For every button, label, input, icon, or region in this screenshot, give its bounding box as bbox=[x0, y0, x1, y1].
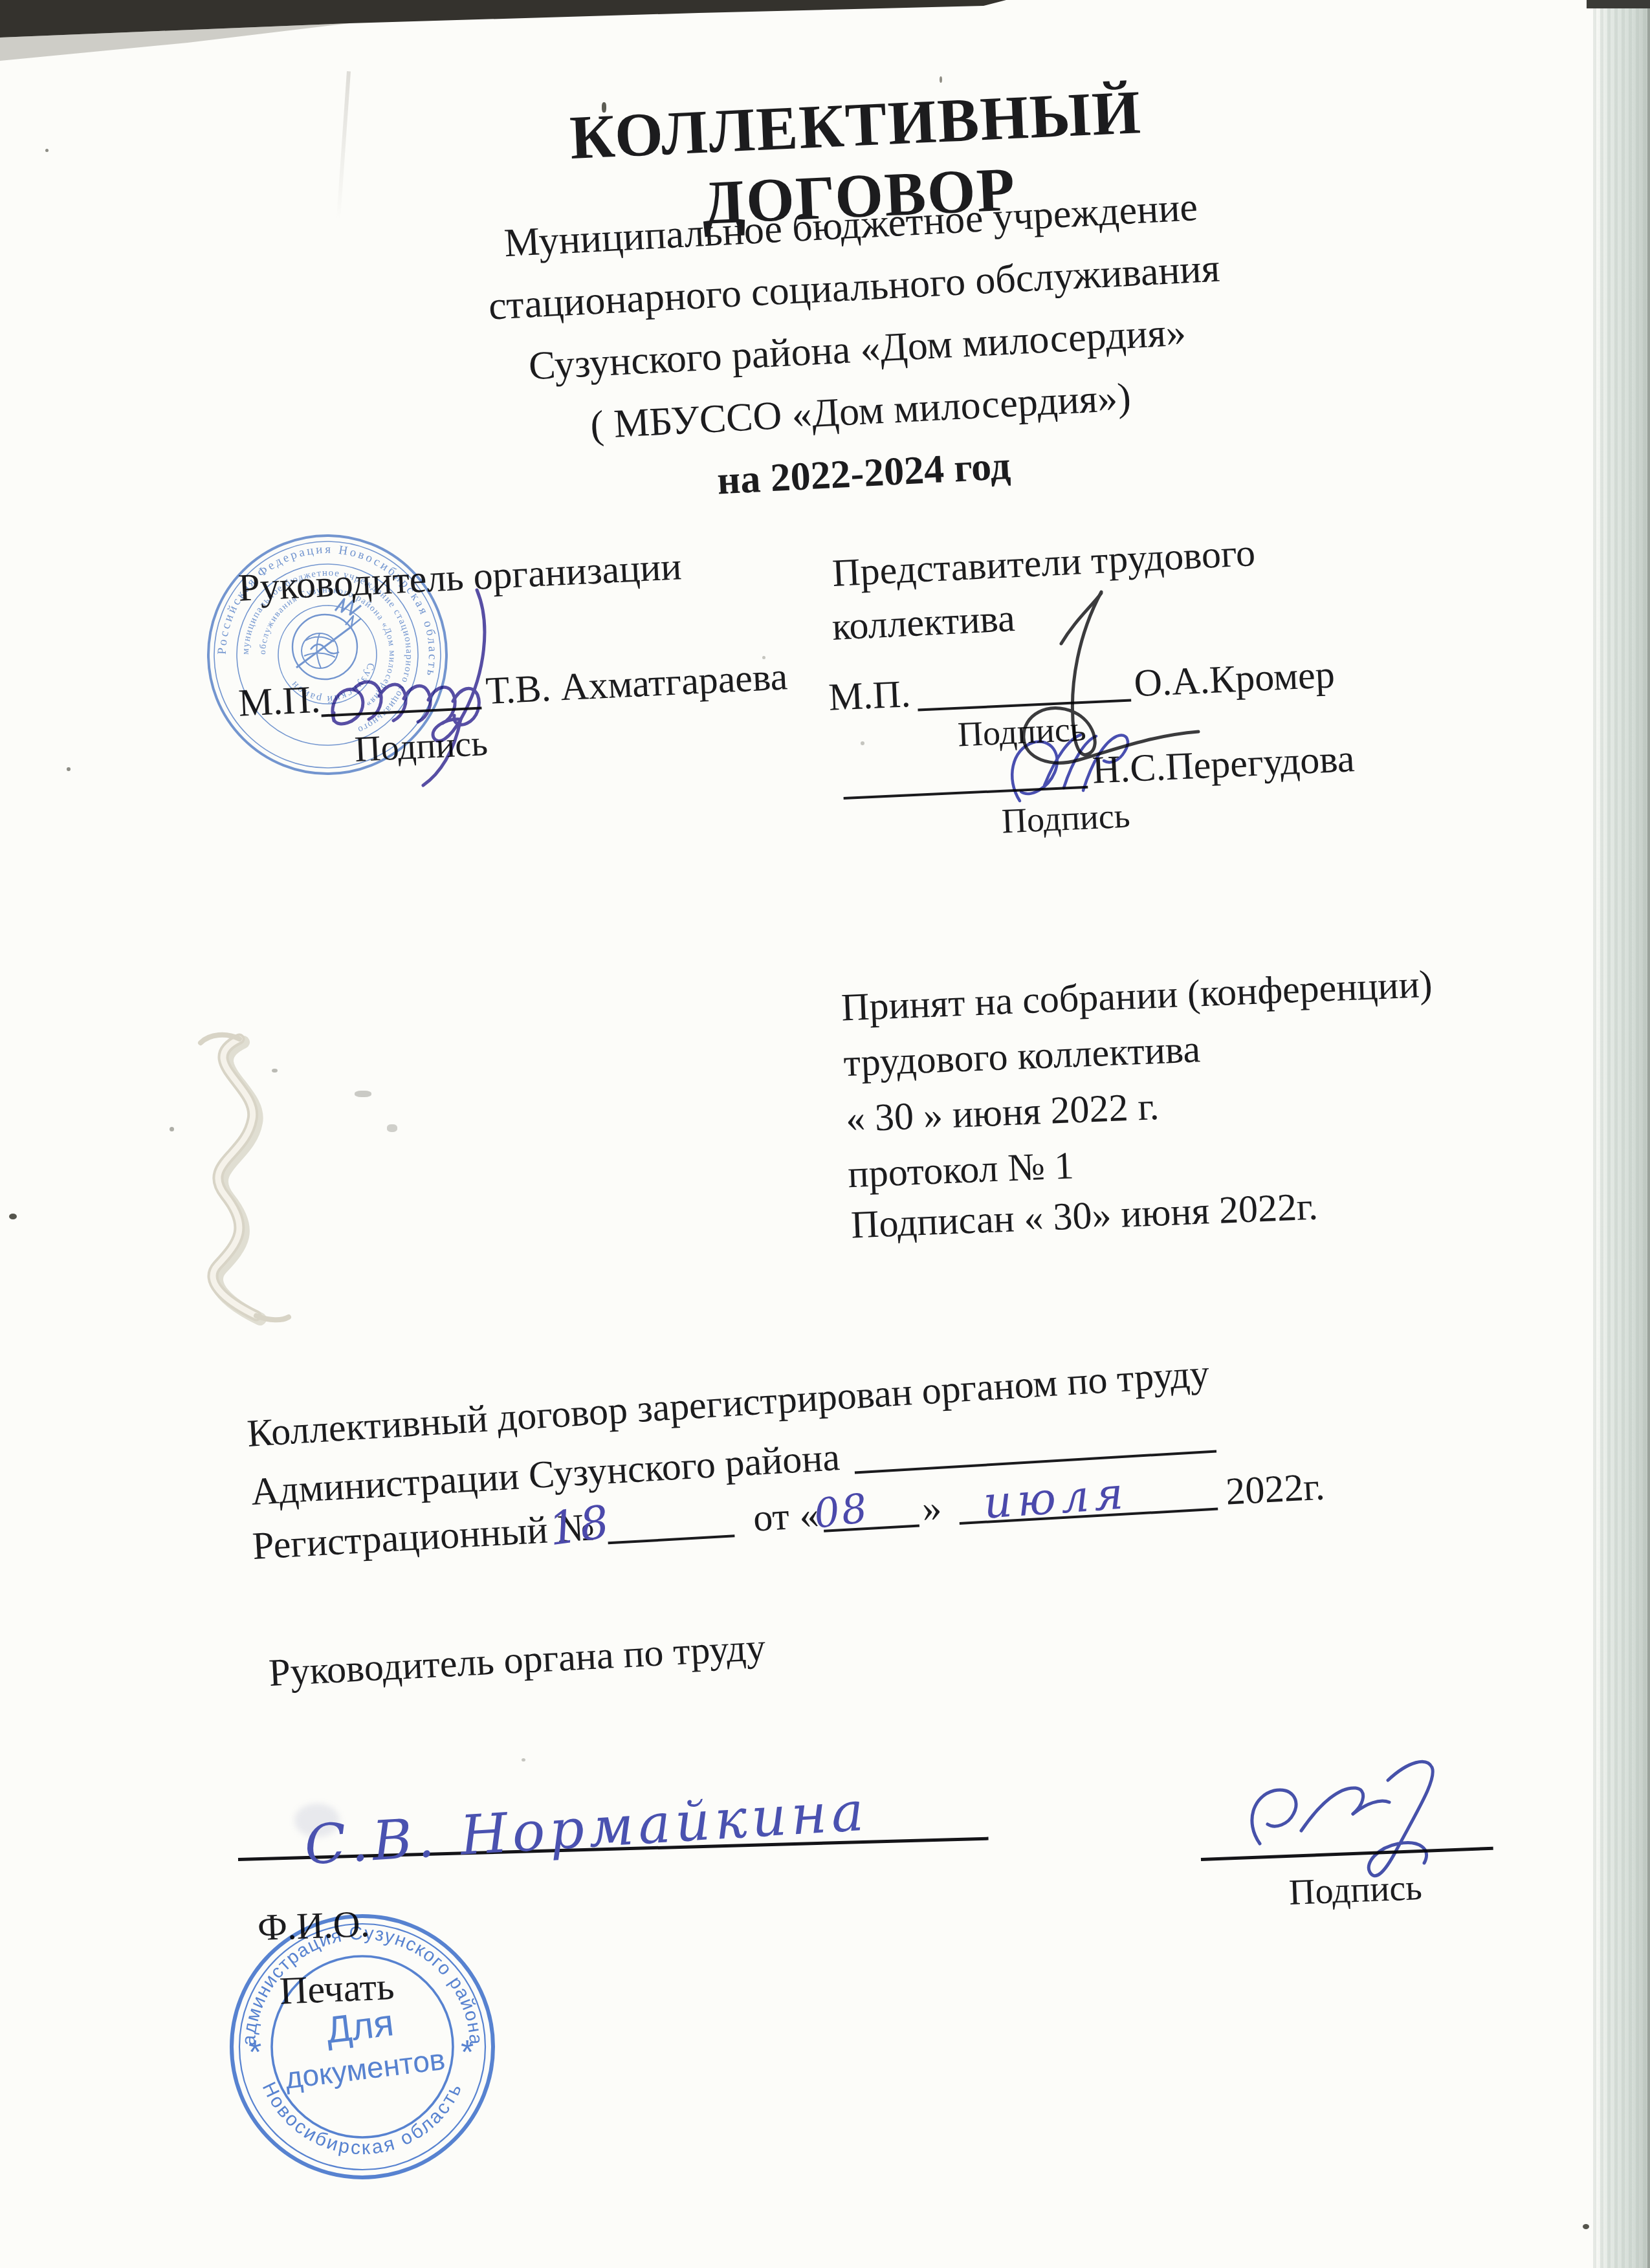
adoption-block: Принят на собрании (конференции) трудово… bbox=[840, 956, 1440, 1202]
authority-stamp: администрация Сузунского района Новосиби… bbox=[225, 1910, 500, 2184]
registration-from-word: от bbox=[752, 1495, 790, 1540]
scan-smear bbox=[336, 71, 351, 220]
handwritten-reg-number: 18 bbox=[545, 1496, 615, 1556]
binding-thread bbox=[155, 1029, 349, 1333]
labor-authority-role: Руководитель органа по труду bbox=[268, 1625, 767, 1696]
registration-blank-line bbox=[853, 1415, 1216, 1474]
registration-number-line bbox=[606, 1499, 735, 1544]
registration-number-label: Регистрационный № bbox=[251, 1506, 595, 1567]
quote-close: » bbox=[921, 1487, 943, 1531]
scan-top-edge-artifact bbox=[0, 0, 1650, 65]
authority-stamp-star-left: * bbox=[248, 2034, 261, 2071]
scan-right-edge-band bbox=[1593, 0, 1650, 2268]
employer-ink-signature bbox=[291, 582, 654, 796]
handwritten-head-name: С.В. Нормайкина bbox=[303, 1780, 870, 1877]
authority-stamp-center-line2: документов bbox=[283, 2042, 447, 2095]
authority-stamp-center-line1: Для bbox=[324, 2001, 396, 2051]
authority-ink-signature bbox=[1226, 1754, 1472, 1903]
authority-stamp-star-right: * bbox=[461, 2034, 474, 2071]
handwritten-month: июля bbox=[982, 1468, 1130, 1529]
scan-right-edge-line bbox=[1647, 0, 1650, 2268]
employee2-ink-signature bbox=[996, 723, 1158, 814]
employees-mp-label: М.П. bbox=[828, 672, 912, 719]
handwritten-day: 08 bbox=[811, 1485, 872, 1537]
scanned-document-page: { "title": "КОЛЛЕКТИВНЫЙ ДОГОВОР", "org"… bbox=[0, 0, 1650, 2268]
registration-year: 2022г. bbox=[1225, 1465, 1326, 1512]
organization-block: Муниципальное бюджетное учреждение стаци… bbox=[406, 171, 1308, 527]
